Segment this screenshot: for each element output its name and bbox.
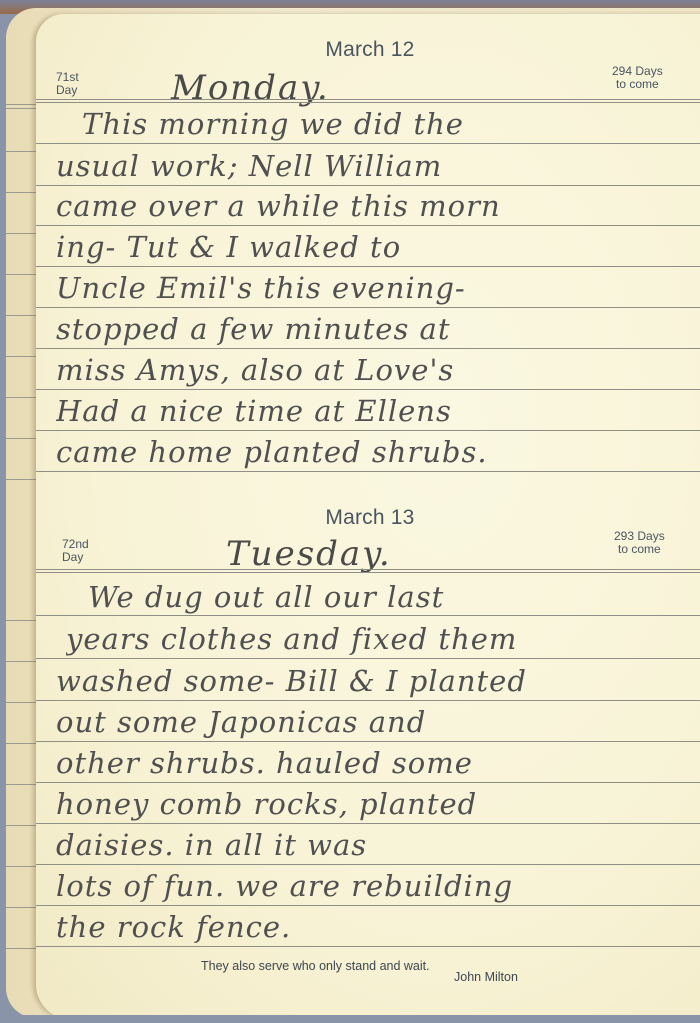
- handwritten-line: years clothes and fixed them: [66, 622, 700, 656]
- ruled-line: [36, 946, 700, 947]
- handwritten-line: the rock fence.: [56, 910, 700, 944]
- handwritten-line: This morning we did the: [82, 107, 700, 141]
- day-of-year: 71st Day: [56, 71, 79, 97]
- ruled-line: [36, 389, 700, 390]
- ruled-line: [36, 471, 700, 472]
- handwritten-line: We dug out all our last: [88, 580, 700, 614]
- ruled-line: [36, 430, 700, 431]
- handwritten-line: honey comb rocks, planted: [56, 787, 700, 821]
- diary-page: March 12 71st Day 294 Days to come Monda…: [36, 14, 700, 1020]
- footer-quote-author: John Milton: [454, 970, 518, 984]
- handwritten-line: stopped a few minutes at: [56, 312, 700, 346]
- header-double-rule: [36, 99, 700, 100]
- ruled-line: [36, 864, 700, 865]
- handwritten-line: came over a while this morn: [56, 189, 700, 223]
- entry-date: March 12: [36, 38, 700, 62]
- ruled-line: [36, 143, 700, 144]
- handwritten-line: ing- Tut & I walked to: [56, 230, 700, 264]
- ruled-line: [36, 905, 700, 906]
- ruled-line: [36, 741, 700, 742]
- footer-quote: They also serve who only stand and wait.: [201, 959, 430, 973]
- entry-date: March 13: [36, 506, 700, 530]
- day-of-year: 72nd Day: [62, 538, 89, 564]
- ruled-line: [36, 658, 700, 659]
- days-remaining: 293 Days to come: [614, 530, 665, 556]
- handwritten-line: Uncle Emil's this evening-: [56, 271, 700, 305]
- ruled-line: [36, 225, 700, 226]
- ruled-line: [36, 823, 700, 824]
- handwritten-line: Had a nice time at Ellens: [56, 394, 700, 428]
- day-of-year-label: Day: [62, 551, 89, 564]
- handwritten-line: came home planted shrubs.: [56, 435, 700, 469]
- entry-weekday: Monday.: [171, 68, 330, 108]
- handwritten-line: lots of fun. we are rebuilding: [56, 869, 700, 903]
- entry-weekday: Tuesday.: [226, 534, 392, 574]
- day-of-year-label: Day: [56, 84, 79, 97]
- ruled-line: [36, 615, 700, 616]
- ruled-line: [36, 307, 700, 308]
- days-remaining-label: to come: [614, 543, 665, 556]
- handwritten-line: other shrubs. hauled some: [56, 746, 700, 780]
- handwritten-line: daisies. in all it was: [56, 828, 700, 862]
- ruled-line: [36, 185, 700, 186]
- ruled-line: [36, 782, 700, 783]
- handwritten-line: miss Amys, also at Love's: [56, 353, 700, 387]
- ruled-line: [36, 348, 700, 349]
- days-remaining-label: to come: [612, 78, 663, 91]
- ruled-line: [36, 700, 700, 701]
- ruled-line: [36, 266, 700, 267]
- handwritten-line: out some Japonicas and: [56, 705, 700, 739]
- handwritten-line: washed some- Bill & I planted: [56, 664, 700, 698]
- book-cover-bottom: [0, 1015, 700, 1023]
- handwritten-line: usual work; Nell William: [56, 149, 700, 183]
- header-double-rule: [36, 569, 700, 570]
- days-remaining: 294 Days to come: [612, 65, 663, 91]
